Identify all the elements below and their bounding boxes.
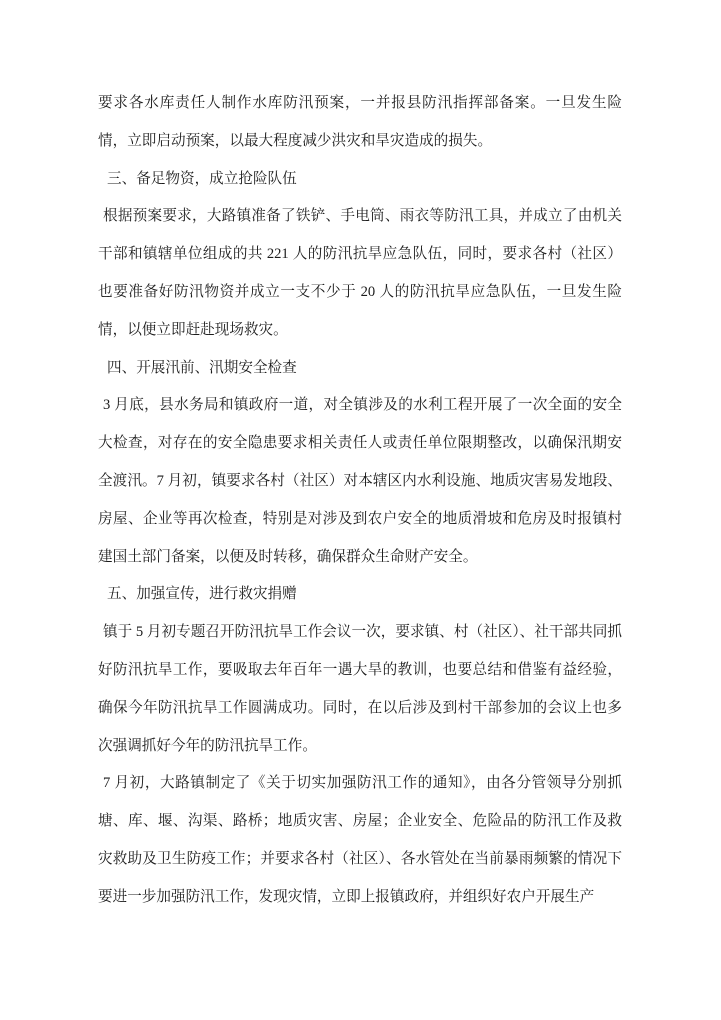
heading-section-3-supplies: 三、备足物资，成立抢险队伍 [98,161,622,199]
paragraph-safety-inspection: 3 月底，县水务局和镇政府一道，对全镇涉及的水利工程开展了一次全面的安全大检查，… [98,387,622,576]
heading-section-5-publicity-donation: 五、加强宣传，进行救灾捐赠 [98,576,622,614]
paragraph-flood-plan-continuation: 要求各水库责任人制作水库防汛预案，一并报县防汛指挥部备案。一旦发生险情，立即启动… [98,85,622,161]
paragraph-work-meeting: 镇于 5 月初专题召开防汛抗旱工作会议一次，要求镇、村（社区）、社干部共同抓好防… [98,614,622,765]
heading-section-4-safety-inspection: 四、开展汛前、汛期安全检查 [98,350,622,388]
paragraph-strengthen-notice: 7 月初，大路镇制定了《关于切实加强防汛工作的通知》，由各分管领导分别抓塘、库、… [98,765,622,916]
paragraph-supplies-rescue-team: 根据预案要求，大路镇准备了铁铲、手电筒、雨衣等防汛工具，并成立了由机关干部和镇辖… [98,198,622,349]
document-page: 要求各水库责任人制作水库防汛预案，一并报县防汛指挥部备案。一旦发生险情，立即启动… [0,0,721,1020]
